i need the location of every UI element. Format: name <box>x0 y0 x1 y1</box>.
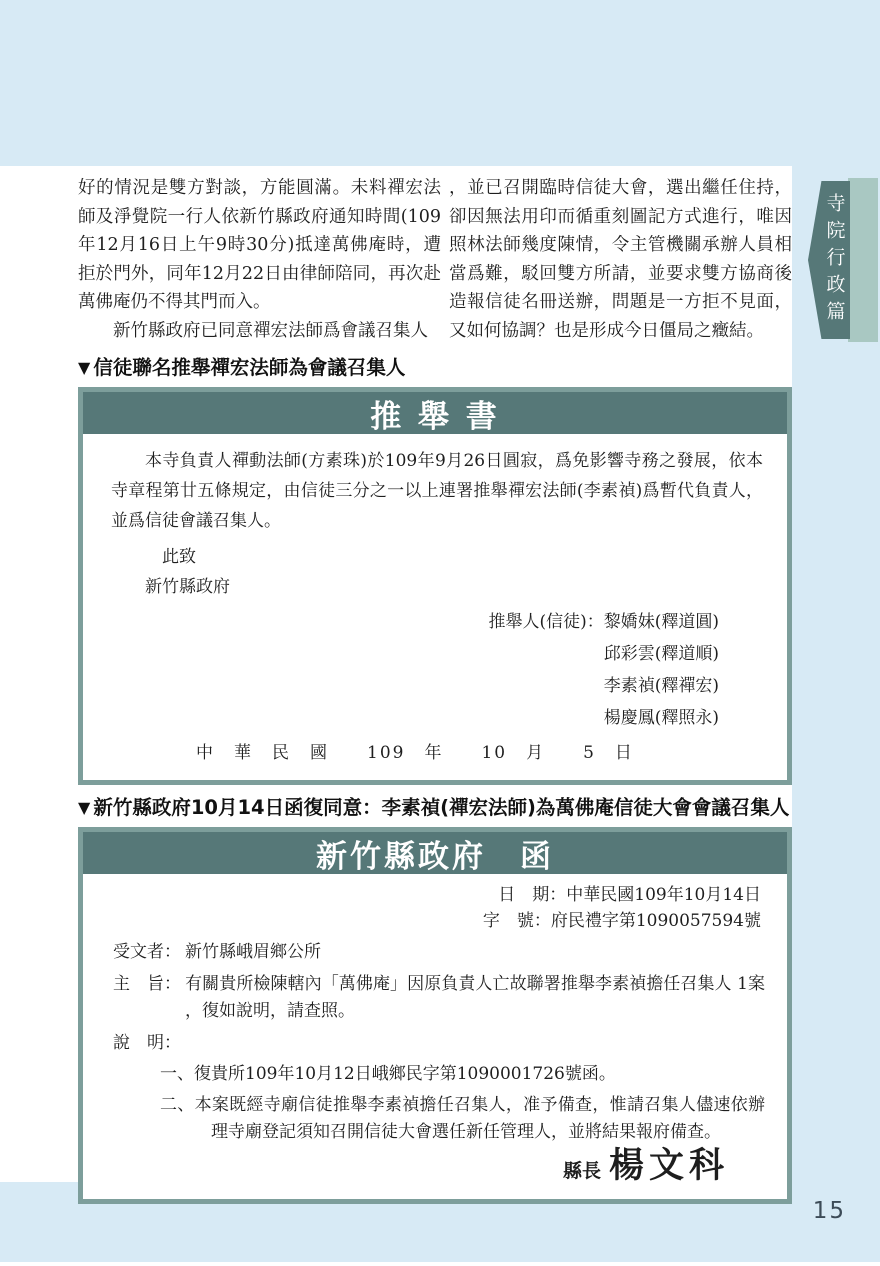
intro-right-column: ，並已召開臨時信徒大會，選出繼任住持，卻因無法用印而循重刻圖記方式進行，唯因照林… <box>449 174 792 345</box>
nomination-body-paragraph: 本寺負責人禪動法師(方素珠)於109年9月26日圓寂，爲免影響寺務之發展，依本寺… <box>111 446 763 536</box>
page-number: 15 <box>813 1198 846 1224</box>
government-letter-body: 日 期：中華民國109年10月14日 字 號：府民禮字第1090057594號 … <box>83 874 787 1199</box>
explanation-item-2: 二、本案既經寺廟信徒推舉李素禎擔任召集人，准予備查，惟請召集人儘速依辦理寺廟登記… <box>113 1092 765 1146</box>
nominator-label: 推舉人(信徒)： <box>488 606 603 734</box>
explanation-item-1: 一、復貴所109年10月12日峨鄉民字第1090001726號函。 <box>113 1061 765 1088</box>
letter-ref-value: 府民禮字第1090057594號 <box>551 911 761 931</box>
salutation-line-2: 新竹縣政府 <box>111 572 763 602</box>
intro-left-column: 好的情況是雙方對談，方能圓滿。未料禪宏法師及淨覺院一行人依新竹縣政府通知時間(1… <box>78 174 441 345</box>
letter-meta-block: 日 期：中華民國109年10月14日 字 號：府民禮字第1090057594號 <box>113 882 765 934</box>
page-content: 好的情況是雙方對談，方能圓滿。未料禪宏法師及淨覺院一行人依新竹縣政府通知時間(1… <box>78 174 792 1204</box>
nominator-name: 黎嬌妹(釋道圓) <box>604 606 719 638</box>
nominator-name: 李素禎(釋禪宏) <box>604 670 719 702</box>
section1-heading-text: 信徒聯名推舉禪宏法師為會議召集人 <box>93 354 405 381</box>
nomination-date-line: 中 華 民 國 109 年 10 月 5 日 <box>111 738 763 768</box>
nominator-block: 推舉人(信徒)： 黎嬌妹(釋道圓) 邱彩雲(釋道順) 李素禎(釋禪宏) 楊慶鳳(… <box>111 606 719 734</box>
nomination-document-header: 推 舉 書 <box>83 392 787 434</box>
intro-left-paragraph-2: 新竹縣政府已同意禪宏法師爲會議召集人 <box>78 317 441 346</box>
section2-heading: ▼ 新竹縣政府10月14日函復同意：李素禎(禪宏法師)為萬佛庵信徒大會會議召集人 <box>78 794 792 821</box>
signer-title: 縣長 <box>563 1158 601 1185</box>
letter-date-value: 中華民國109年10月14日 <box>566 885 761 905</box>
explanation-label: 說 明： <box>113 1030 185 1057</box>
intro-right-paragraph: ，並已召開臨時信徒大會，選出繼任住持，卻因無法用印而循重刻圖記方式進行，唯因照林… <box>449 174 792 345</box>
subject-value: 有關貴所檢陳轄內「萬佛庵」因原負責人亡故聯署推舉李素禎擔任召集人 1案，復如說明… <box>185 974 765 1021</box>
top-blue-band <box>0 0 880 166</box>
side-tab-arrow: 寺院行政篇 <box>808 181 850 339</box>
nomination-document-box: 推 舉 書 本寺負責人禪動法師(方素珠)於109年9月26日圓寂，爲免影響寺務之… <box>78 387 792 785</box>
government-letter-box: 新竹縣政府 函 日 期：中華民國109年10月14日 字 號：府民禮字第1090… <box>78 827 792 1204</box>
intro-two-column-text: 好的情況是雙方對談，方能圓滿。未料禪宏法師及淨覺院一行人依新竹縣政府通知時間(1… <box>78 174 792 345</box>
chapter-tab-label: 寺院行政篇 <box>825 193 844 328</box>
letter-ref-line: 字 號：府民禮字第1090057594號 <box>113 908 761 934</box>
triangle-marker-icon: ▼ <box>78 794 90 821</box>
salutation-line-1: 此致 <box>111 542 763 572</box>
nomination-document-title: 推 舉 書 <box>370 391 500 436</box>
nominator-name: 楊慶鳳(釋照永) <box>604 702 719 734</box>
recipient-value: 新竹縣峨眉鄉公所 <box>185 942 321 962</box>
government-letter-title: 新竹縣政府 函 <box>316 831 554 876</box>
side-tab-backing-strip <box>848 178 878 342</box>
nominator-name: 邱彩雲(釋道順) <box>604 638 719 670</box>
nominator-name-list: 黎嬌妹(釋道圓) 邱彩雲(釋道順) 李素禎(釋禪宏) 楊慶鳳(釋照永) <box>604 606 719 734</box>
government-letter-header: 新竹縣政府 函 <box>83 832 787 874</box>
signer-name-signature: 楊文科 <box>609 1152 729 1179</box>
letter-date-line: 日 期：中華民國109年10月14日 <box>113 882 761 908</box>
letter-explanation-label-line: 說 明： <box>113 1030 765 1057</box>
letter-date-label: 日 期： <box>498 885 566 905</box>
chapter-side-tab: 寺院行政篇 <box>808 178 880 342</box>
triangle-marker-icon: ▼ <box>78 354 90 381</box>
letter-subject-line: 主 旨：有關貴所檢陳轄內「萬佛庵」因原負責人亡故聯署推舉李素禎擔任召集人 1案，… <box>113 971 765 1025</box>
letter-ref-label: 字 號： <box>483 911 551 931</box>
recipient-label: 受文者： <box>113 939 185 966</box>
subject-label: 主 旨： <box>113 971 185 998</box>
nomination-document-body: 本寺負責人禪動法師(方素珠)於109年9月26日圓寂，爲免影響寺務之發展，依本寺… <box>83 434 787 780</box>
letter-recipient-line: 受文者：新竹縣峨眉鄉公所 <box>113 939 765 966</box>
section2-heading-text: 新竹縣政府10月14日函復同意：李素禎(禪宏法師)為萬佛庵信徒大會會議召集人 <box>93 794 789 821</box>
section1-heading: ▼ 信徒聯名推舉禪宏法師為會議召集人 <box>78 354 792 381</box>
intro-left-paragraph-1: 好的情況是雙方對談，方能圓滿。未料禪宏法師及淨覺院一行人依新竹縣政府通知時間(1… <box>78 174 441 317</box>
signature-block: 縣長 楊文科 <box>113 1152 729 1185</box>
